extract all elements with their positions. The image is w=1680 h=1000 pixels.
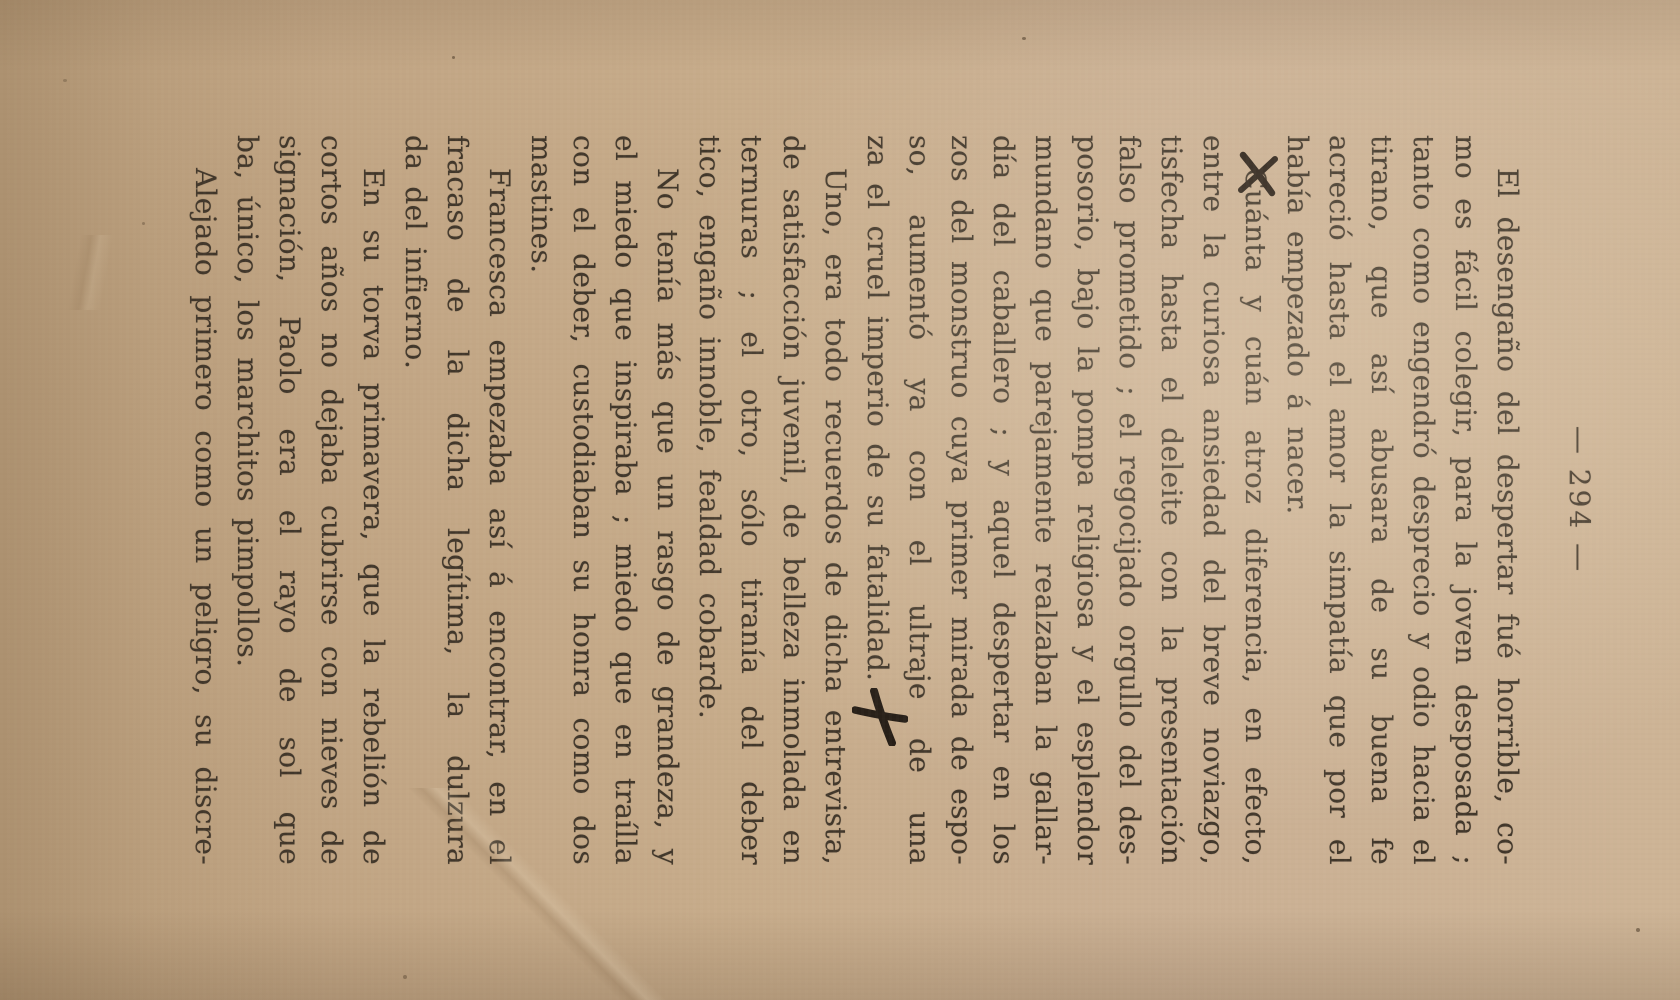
text-line: había empezado á nacer. <box>1276 135 1318 865</box>
text-line: mastines. <box>520 135 562 865</box>
text-line: el miedo que inspiraba ; miedo que en tr… <box>604 135 646 865</box>
text-line: En su torva primavera, que la rebelión d… <box>352 135 394 865</box>
text-line: posorio, bajo la pompa religiosa y el es… <box>1066 135 1108 865</box>
text-line: El desengaño del despertar fué horrible,… <box>1486 135 1528 865</box>
text-line: ternuras ; el otro, sólo tiranía del deb… <box>730 135 772 865</box>
page-number: — 294 — <box>1558 0 1600 1000</box>
text-line: signación, Paolo era el rayo de sol que … <box>268 135 310 865</box>
text-line: zos del monstruo cuya primer mirada de e… <box>940 135 982 865</box>
page-surface: — 294 — El desengaño del despertar fué h… <box>0 0 1680 1000</box>
text-line: Uno, era todo recuerdos de dicha entrevi… <box>814 135 856 865</box>
text-line: Alejado primero como un peligro, su disc… <box>184 135 226 865</box>
text-line: Francesca empezaba así á encontrar, en e… <box>478 135 520 865</box>
text-line: ba, único, los marchitos pimpollos. <box>226 135 268 865</box>
text-line: so, aumentó ya con el ultraje de una des… <box>898 135 940 865</box>
text-line: falso prometido ; el regocijado orgullo … <box>1108 135 1150 865</box>
text-line: de satisfacción juvenil, de belleza inmo… <box>772 135 814 865</box>
text-line: día del caballero ; y aquel despertar en… <box>982 135 1024 865</box>
text-line: tanto como engendró desprecio y odio hac… <box>1402 135 1444 865</box>
text-line: tisfecha hasta el deleite con la present… <box>1150 135 1192 865</box>
text-line: mo es fácil colegir, para la joven despo… <box>1444 135 1486 865</box>
text-line: fracaso de la dicha legítima, la dulzura… <box>436 135 478 865</box>
handwritten-x-mark-before-paragraph <box>1235 150 1281 198</box>
text-line: tirano, que así abusara de su buena fe v… <box>1360 135 1402 865</box>
text-line: za el cruel imperio de su fatalidad. <box>856 135 898 865</box>
text-line: No tenía más que un rasgo de grandeza, y… <box>646 135 688 865</box>
text-line: Cuánta y cuán atroz diferencia, en efect… <box>1234 135 1276 865</box>
text-line: entre la curiosa ansiedad del breve novi… <box>1192 135 1234 865</box>
text-line: tico, engaño innoble, fealdad cobarde. <box>688 135 730 865</box>
text-line: acreció hasta el amor la simpatía que po… <box>1318 135 1360 865</box>
handwritten-x-mark-after-paragraph <box>852 688 908 746</box>
scanned-book-page: — 294 — El desengaño del despertar fué h… <box>0 0 1680 1000</box>
text-line: da del infierno. <box>394 135 436 865</box>
text-line: cortos años no dejaba cubrirse con nieve… <box>310 135 352 865</box>
page-text: El desengaño del despertar fué horrible,… <box>184 135 1528 865</box>
text-line: mundano que parejamente realzaban la gal… <box>1024 135 1066 865</box>
text-line: con el deber, custodiaban su honra como … <box>562 135 604 865</box>
